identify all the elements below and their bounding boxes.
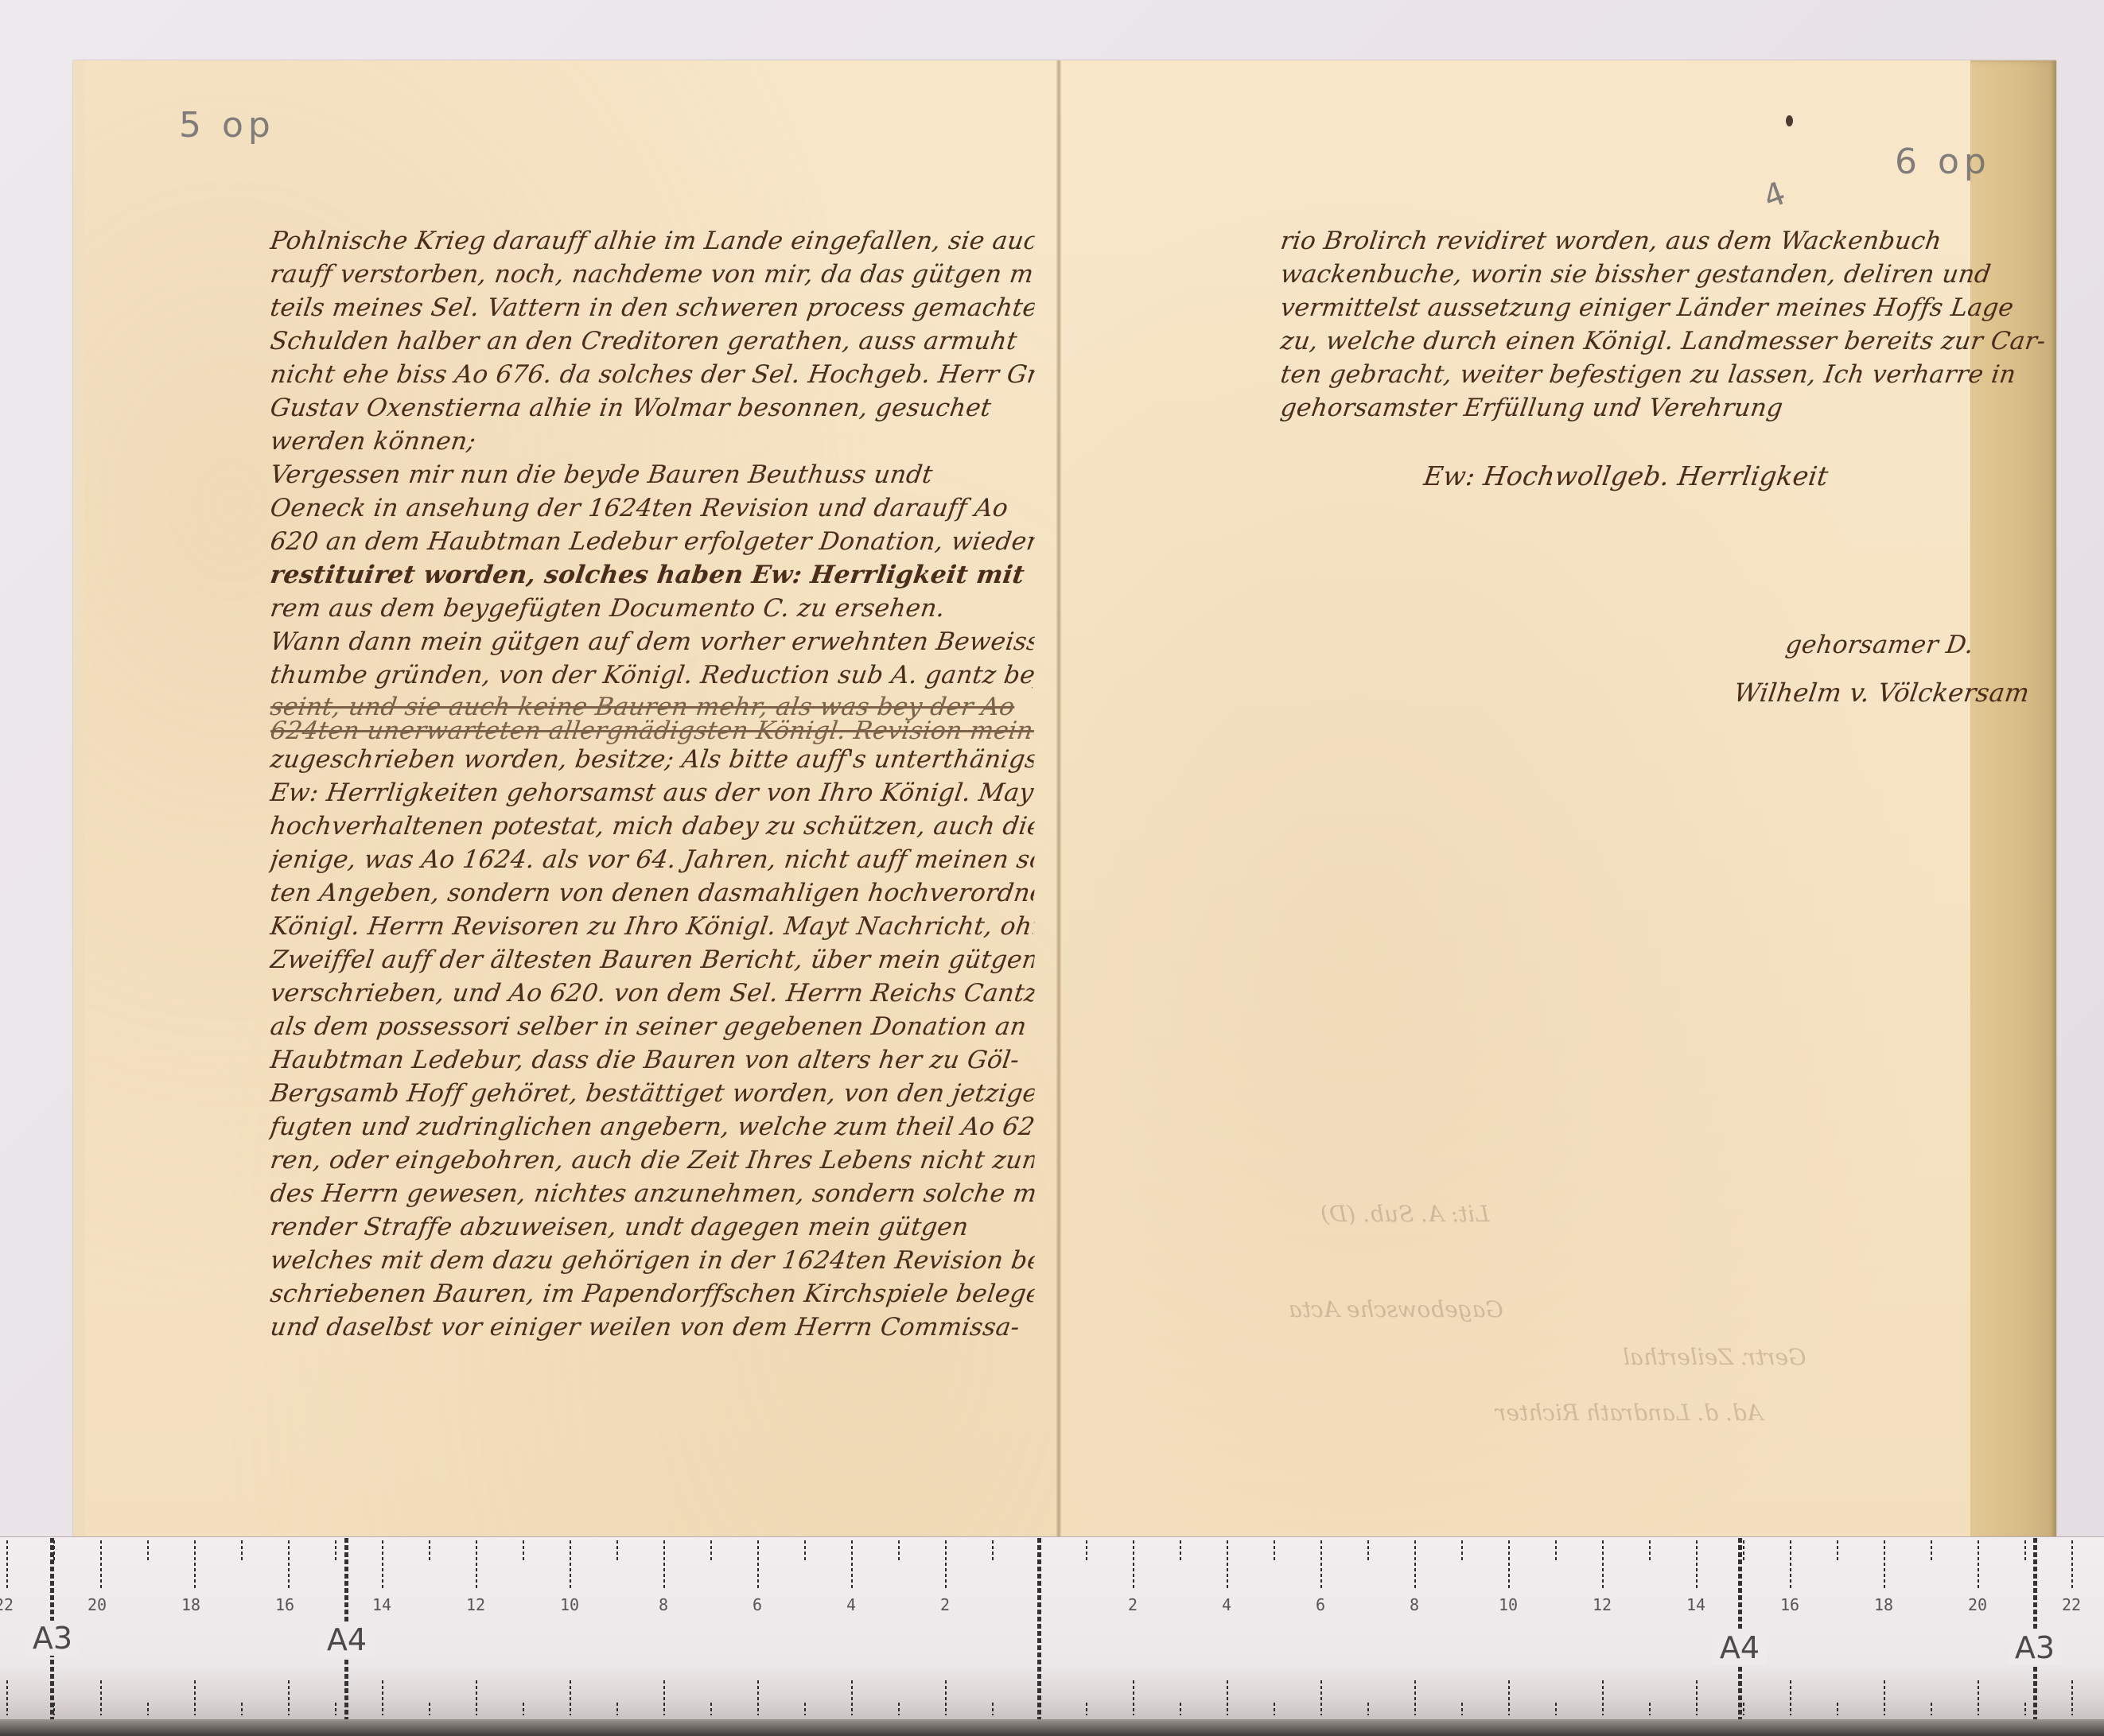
format-label-a3-right: A3 (2007, 1630, 2063, 1665)
ruler-tick (1649, 1703, 1651, 1715)
text-line: schriebenen Bauren, im Papendorffschen K… (268, 1277, 1036, 1311)
ruler-tick (992, 1540, 994, 1561)
ruler-tick (1461, 1703, 1463, 1715)
ruler-label: 8 (648, 1595, 679, 1614)
ruler-tick (1649, 1540, 1651, 1561)
ruler-label: 14 (1680, 1595, 1712, 1614)
ruler-tick (804, 1703, 806, 1715)
ruler-tick (945, 1680, 947, 1715)
bleed-through-text: Ad. d. Landrath Richter (1495, 1400, 1763, 1426)
ruler-tick (1790, 1680, 1791, 1715)
text-line: ren, oder eingebohren, auch die Zeit Ihr… (268, 1144, 1036, 1177)
ruler-tick (1837, 1703, 1838, 1715)
ruler-tick (194, 1680, 196, 1715)
ruler-tick (1602, 1540, 1604, 1590)
text-line: Königl. Herrn Revisoren zu Ihro Königl. … (268, 910, 1036, 943)
center-zero-line (1037, 1538, 1041, 1719)
ruler-tick (851, 1680, 853, 1715)
ruler-label: 20 (81, 1595, 113, 1614)
text-line: ten Angeben, sondern von denen dasmahlig… (268, 876, 1036, 910)
ruler-tick (1978, 1680, 1979, 1715)
text-line: nicht ehe biss Ao 676. da solches der Se… (268, 358, 1036, 391)
ruler-label: 22 (0, 1595, 20, 1614)
ruler-tick (241, 1703, 243, 1715)
ruler-tick (1274, 1703, 1275, 1715)
ruler-tick (616, 1703, 618, 1715)
ruler-tick (1133, 1680, 1134, 1715)
text-line: thumbe gründen, von der Königl. Reductio… (268, 658, 1036, 692)
a4-format-line-right (1738, 1538, 1742, 1719)
text-line: Oeneck in ansehung der 1624ten Revision … (268, 491, 1036, 525)
text-line: Vergessen mir nun die beyde Bauren Beuth… (268, 458, 1036, 491)
text-line: rauff verstorben, noch, nachdeme von mir… (268, 258, 1036, 291)
text-line: welches mit dem dazu gehörigen in der 16… (268, 1244, 1036, 1277)
text-line: zugeschrieben worden, besitze; Als bitte… (268, 743, 1036, 776)
ruler-tick (1133, 1540, 1134, 1590)
ruler-tick (1602, 1680, 1604, 1715)
ruler-tick (147, 1540, 149, 1561)
text-line: als dem possessori selber in seiner gege… (268, 1010, 1036, 1043)
ruler-tick (663, 1680, 665, 1715)
measuring-ruler (0, 1536, 2104, 1720)
text-line: zu, welche durch einen Königl. Landmesse… (1278, 324, 2047, 358)
ruler-tick (382, 1680, 383, 1715)
ruler-tick (1555, 1540, 1557, 1561)
ruler-tick (2024, 1540, 2026, 1561)
ruler-tick (1414, 1540, 1416, 1590)
ruler-tick (476, 1540, 477, 1590)
ruler-tick (1743, 1703, 1744, 1715)
ruler-tick (194, 1540, 196, 1590)
ruler-tick (1414, 1680, 1416, 1715)
ruler-tick (2024, 1703, 2026, 1715)
ruler-tick (2071, 1680, 2073, 1715)
ruler-label: 20 (1962, 1595, 1993, 1614)
text-line: Gustav Oxenstierna alhie in Wolmar beson… (268, 391, 1036, 425)
text-line: Schulden halber an den Creditoren gerath… (268, 324, 1036, 358)
ruler-tick (1696, 1680, 1698, 1715)
ruler-tick (1320, 1680, 1322, 1715)
ruler-tick (757, 1680, 759, 1715)
ruler-edge (0, 1719, 2104, 1736)
text-line: fugten und zudringlichen angebern, welch… (268, 1110, 1036, 1144)
ruler-tick (2071, 1540, 2073, 1590)
ruler-tick (1508, 1540, 1510, 1590)
ruler-label: 6 (741, 1595, 773, 1614)
ruler-label: 4 (835, 1595, 867, 1614)
ruler-tick (100, 1540, 102, 1590)
ruler-tick (429, 1703, 430, 1715)
ruler-tick (1461, 1540, 1463, 1561)
text-line: rem aus dem beygefügten Documento C. zu … (268, 592, 1036, 625)
text-line: Bergsamb Hoff gehöret, bestättiget worde… (268, 1077, 1036, 1110)
ruler-tick (898, 1703, 900, 1715)
text-line: gehorsamster Erfüllung und Verehrung (1278, 391, 2047, 425)
ruler-tick (100, 1680, 102, 1715)
ruler-tick (757, 1540, 759, 1590)
text-line: hochverhaltenen potestat, mich dabey zu … (268, 810, 1036, 843)
format-label-a3-left: A3 (25, 1621, 80, 1656)
text-line: und daselbst vor einiger weilen von dem … (268, 1311, 1036, 1344)
signature: Wilhelm v. Völckersam (1732, 676, 2071, 709)
ruler-label: 4 (1211, 1595, 1243, 1614)
ruler-label: 18 (1868, 1595, 1900, 1614)
text-line: wackenbuche, worin sie bissher gestanden… (1278, 258, 2047, 291)
ruler-tick (523, 1703, 524, 1715)
ruler-tick (241, 1540, 243, 1561)
ruler-tick (1367, 1703, 1369, 1715)
ruler-tick (1884, 1680, 1885, 1715)
ruler-tick (1086, 1703, 1087, 1715)
ruler-tick (1227, 1680, 1228, 1715)
subscription: gehorsamer D. (1783, 628, 2075, 662)
text-line: vermittelst aussetzung einiger Länder me… (1278, 291, 2047, 324)
ruler-tick (804, 1540, 806, 1561)
ruler-label: 2 (1117, 1595, 1149, 1614)
ruler-label: 12 (1586, 1595, 1618, 1614)
ruler-tick (288, 1540, 290, 1590)
ruler-tick (1931, 1703, 1932, 1715)
ruler-tick (6, 1540, 8, 1590)
ruler-tick (570, 1680, 571, 1715)
ruler-label: 12 (460, 1595, 492, 1614)
ruler-tick (1227, 1540, 1228, 1590)
ruler-tick (1837, 1540, 1838, 1561)
folio-mark-right: 6 op (1895, 142, 1991, 182)
ruler-tick (710, 1540, 712, 1561)
text-line: teils meines Sel. Vattern in den schwere… (268, 291, 1036, 324)
ruler-tick (710, 1703, 712, 1715)
ruler-tick (476, 1680, 477, 1715)
text-line: Wann dann mein gütgen auf dem vorher erw… (268, 625, 1036, 658)
center-fold (1056, 60, 1061, 1540)
closing-salutation: Ew: Hochwollgeb. Herrligkeit (1421, 460, 1983, 493)
ruler-tick (570, 1540, 571, 1590)
ruler-tick (288, 1680, 290, 1715)
ruler-label: 16 (269, 1595, 301, 1614)
text-line: Haubtman Ledebur, dass die Bauren von al… (268, 1043, 1036, 1077)
bleed-through-text: Lit: A. Sub. (D) (1320, 1201, 1489, 1227)
ruler-tick (1320, 1540, 1322, 1590)
text-line: restituiret worden, solches haben Ew: He… (268, 558, 1036, 592)
a3-format-line-right (2033, 1538, 2037, 1719)
bleed-through-text: Gertr. Zeilerthal (1623, 1344, 1806, 1370)
ruler-tick (945, 1540, 947, 1590)
text-line: 620 an dem Haubtman Ledebur erfolgeter D… (268, 525, 1036, 558)
ruler-tick (1790, 1540, 1791, 1590)
text-line: jenige, was Ao 1624. als vor 64. Jahren,… (268, 843, 1036, 876)
text-line: des Herrn gewesen, nichtes anzunehmen, s… (268, 1177, 1036, 1210)
ruler-tick (382, 1540, 383, 1590)
ruler-tick (898, 1540, 900, 1561)
ruler-tick (663, 1540, 665, 1590)
ruler-label: 6 (1305, 1595, 1336, 1614)
ruler-label: 10 (554, 1595, 585, 1614)
format-label-a4-right: A4 (1712, 1630, 1768, 1665)
ruler-tick (1086, 1540, 1087, 1561)
bleed-through-text: Gagebowsche Acta (1289, 1296, 1503, 1322)
folio-mark-left: 5 op (179, 105, 275, 146)
text-line: render Straffe abzuweisen, undt dagegen … (268, 1210, 1036, 1244)
ruler-label: 14 (366, 1595, 398, 1614)
ruler-tick (616, 1540, 618, 1561)
text-line: werden können; (268, 425, 1036, 458)
ruler-tick (335, 1540, 336, 1561)
format-label-a4-left: A4 (319, 1622, 375, 1657)
ruler-label: 10 (1492, 1595, 1524, 1614)
text-line: verschrieben, und Ao 620. von dem Sel. H… (268, 977, 1036, 1010)
ruler-tick (992, 1703, 994, 1715)
ruler-label: 8 (1398, 1595, 1430, 1614)
text-line: Ew: Herrligkeiten gehorsamst aus der von… (268, 776, 1036, 810)
ruler-tick (1180, 1703, 1181, 1715)
ink-blot (1786, 115, 1793, 126)
ruler-tick (6, 1680, 8, 1715)
ruler-tick (1367, 1540, 1369, 1561)
ruler-label: 16 (1774, 1595, 1806, 1614)
ruler-label: 22 (2055, 1595, 2087, 1614)
ruler-tick (1743, 1540, 1744, 1561)
text-line: ten gebracht, weiter befestigen zu lasse… (1278, 358, 2047, 391)
ruler-tick (1508, 1680, 1510, 1715)
ruler-tick (1884, 1540, 1885, 1590)
ruler-tick (1931, 1540, 1932, 1561)
ruler-tick (335, 1703, 336, 1715)
ruler-tick (851, 1540, 853, 1590)
ruler-tick (1978, 1540, 1979, 1590)
text-line: Zweiffel auff der ältesten Bauren Berich… (268, 943, 1036, 977)
ruler-tick (1555, 1703, 1557, 1715)
ruler-tick (429, 1540, 430, 1561)
ruler-label: 18 (175, 1595, 207, 1614)
text-line: rio Brolirch revidiret worden, aus dem W… (1278, 224, 2047, 258)
ruler-tick (1180, 1540, 1181, 1561)
ruler-label: 2 (929, 1595, 961, 1614)
ruler-tick (1696, 1540, 1698, 1590)
text-line: Pohlnische Krieg darauff alhie im Lande … (268, 224, 1036, 258)
ruler-tick (1274, 1540, 1275, 1561)
ruler-tick (523, 1540, 524, 1561)
ruler-tick (147, 1703, 149, 1715)
